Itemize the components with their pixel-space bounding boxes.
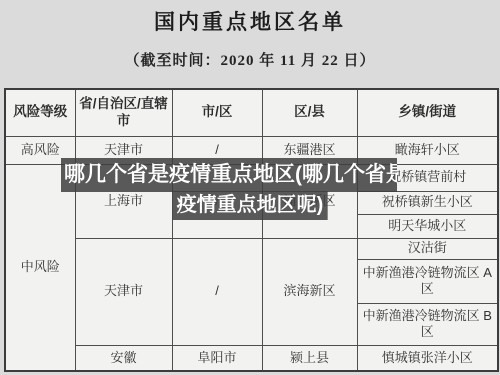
- col-header-district: 区/县: [262, 89, 357, 136]
- col-header-street: 乡镇/街道: [357, 89, 498, 136]
- street-cell: 中新渔港冷链物流区 B 区: [357, 303, 498, 345]
- street-cell: 明天华城小区: [357, 214, 498, 238]
- watermark-overlay-line1: 哪几个省是疫情重点地区(哪几个省是: [61, 158, 397, 192]
- street-cell: 祝桥镇新生小区: [357, 191, 498, 214]
- street-cell: 汉沽街: [357, 238, 498, 259]
- risk-level-cell: 中风险: [5, 164, 75, 371]
- col-header-city: 市/区: [172, 89, 262, 136]
- city-cell: 阜阳市: [172, 345, 262, 371]
- table-row: 天津市 / 滨海新区 汉沽街: [5, 238, 498, 259]
- watermark-overlay-line2: 疫情重点地区呢): [173, 191, 328, 220]
- table-header-row: 风险等级 省/自治区/直辖市 市/区 区/县 乡镇/街道: [5, 89, 498, 136]
- risk-areas-table: 风险等级 省/自治区/直辖市 市/区 区/县 乡镇/街道 高风险 天津市 / 东…: [4, 88, 499, 372]
- col-header-risk-level: 风险等级: [5, 89, 75, 136]
- page-title: 国内重点地区名单: [0, 0, 500, 36]
- province-cell: 天津市: [75, 238, 172, 345]
- page-subtitle: （截至时间：2020 年 11 月 22 日）: [0, 49, 500, 70]
- street-cell: 中新渔港冷链物流区 A 区: [357, 259, 498, 303]
- document-page: 国内重点地区名单 （截至时间：2020 年 11 月 22 日） 风险等级 省/…: [0, 0, 500, 70]
- district-cell: 颍上县: [262, 345, 357, 371]
- province-cell: 安徽: [75, 345, 172, 371]
- city-cell: /: [172, 238, 262, 345]
- col-header-province: 省/自治区/直辖市: [75, 89, 172, 136]
- district-cell: 滨海新区: [262, 238, 357, 345]
- street-cell: 慎城镇张洋小区: [357, 345, 498, 371]
- table-row: 安徽 阜阳市 颍上县 慎城镇张洋小区: [5, 345, 498, 371]
